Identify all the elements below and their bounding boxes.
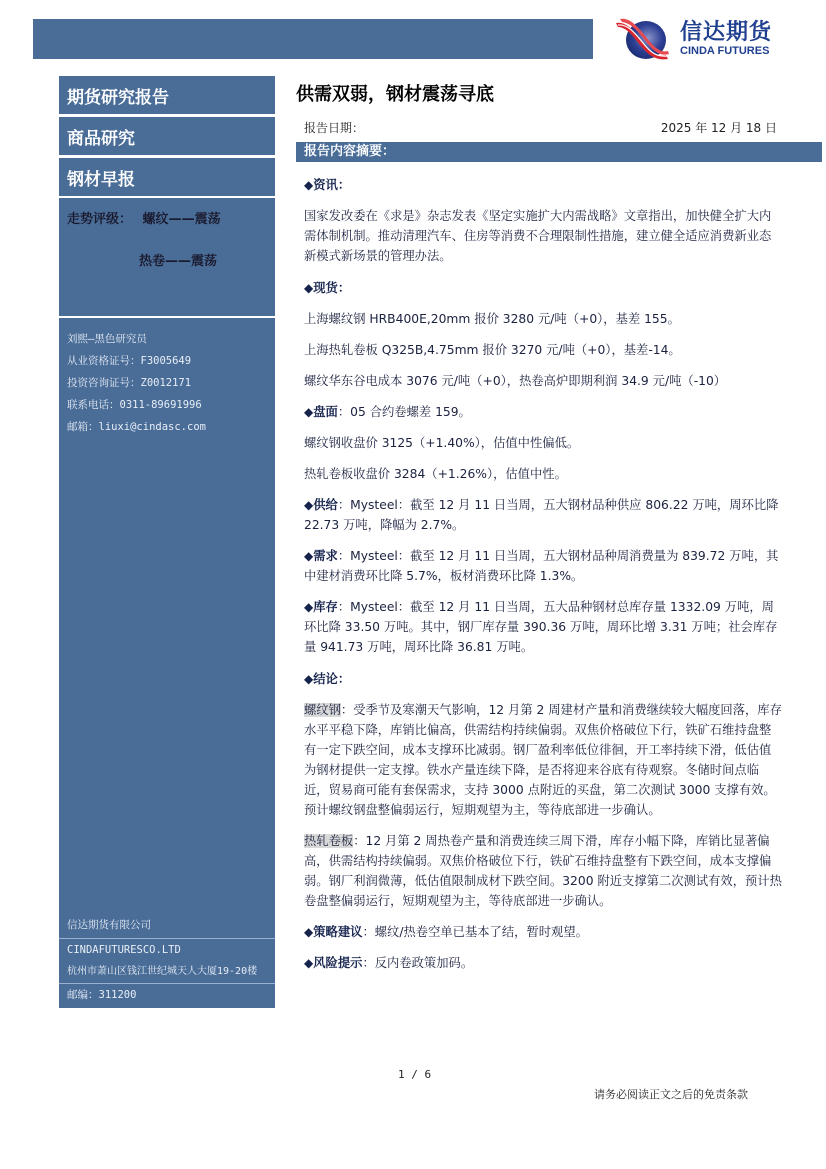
date-label: 报告日期： [304, 114, 364, 142]
company-name-en: CINDAFUTURESCO.LTD [59, 939, 275, 961]
diamond-bullet-icon: ◆ [304, 498, 313, 512]
hrc-conclusion-text: ：12 月第 2 周热卷产量和消费连续三周下滑，库存小幅下降，库销比显著偏高，供… [304, 834, 782, 908]
report-name: 钢材早报 [67, 165, 135, 190]
diamond-bullet-icon: ◆ [304, 549, 313, 563]
logo-mark-icon [612, 17, 670, 61]
sidebar: 期货研究报告 商品研究 钢材早报 走势评级： 螺纹——震荡 热卷——震荡 刘熙—… [59, 76, 275, 1008]
company-address: 杭州市萧山区钱江世纪城天人大厦19-20楼 [59, 961, 275, 983]
section-news-heading: ◆资讯： [304, 175, 782, 195]
diamond-bullet-icon: ◆ [304, 600, 313, 614]
report-date-row: 报告日期： 2025 年 12 月 18 日 [296, 114, 822, 142]
risk-text: ：反内卷政策加码。 [362, 956, 473, 970]
heading-text: 盘面 [313, 405, 338, 419]
rating-view-hrc: 震荡 [191, 254, 217, 269]
analyst-name: 刘熙—黑色研究员 [67, 328, 267, 350]
logo-en-text: CINDA FUTURES [680, 45, 772, 58]
section-spot-heading: ◆现货： [304, 278, 782, 298]
logo-cn-text: 信达期货 [680, 21, 772, 45]
futures-line-hrc: 热轧卷板收盘价 3284（+1.26%），估值中性。 [304, 464, 782, 484]
diamond-bullet-icon: ◆ [304, 956, 313, 970]
page-title: 供需双弱，钢材震荡寻底 [296, 76, 822, 114]
rating-dash: —— [169, 212, 195, 227]
report-name-box: 钢材早报 [59, 158, 275, 196]
diamond-bullet-icon: ◆ [304, 281, 313, 295]
section-futures: ◆盘面：05 合约卷螺差 159。 [304, 402, 782, 422]
heading-text: 资讯： [313, 178, 350, 192]
section-supply: ◆供给：Mysteel：截至 12 月 11 日当周，五大钢材品种供应 806.… [304, 495, 782, 535]
conclusion-hrc: 热轧卷板：12 月第 2 周热卷产量和消费连续三周下滑，库存小幅下降，库销比显著… [304, 831, 782, 911]
summary-body: ◆资讯： 国家发改委在《求是》杂志发表《坚定实施扩大内需战略》文章指出，加快健全… [296, 175, 822, 973]
diamond-bullet-icon: ◆ [304, 178, 313, 192]
heading-text: 供给 [313, 498, 338, 512]
rebar-highlight-label: 螺纹钢 [304, 703, 341, 717]
demand-text: ：Mysteel：截至 12 月 11 日当周，五大钢材品种周消费量为 839.… [304, 549, 778, 583]
spot-line-cost: 螺纹华东谷电成本 3076 元/吨（+0），热卷高炉即期利润 34.9 元/吨（… [304, 371, 782, 391]
disclaimer-note: 请务必阅读正文之后的免责条款 [594, 1086, 748, 1102]
qualification-number: 从业资格证号：F3005649 [67, 350, 267, 372]
report-type: 期货研究报告 [67, 83, 169, 108]
diamond-bullet-icon: ◆ [304, 672, 313, 686]
spot-line-rebar: 上海螺纹钢 HRB400E,20mm 报价 3280 元/吨（+0），基差 15… [304, 309, 782, 329]
futures-line-rebar: 螺纹钢收盘价 3125（+1.40%），估值中性偏低。 [304, 433, 782, 453]
heading-text: 需求 [313, 549, 338, 563]
rebar-conclusion-text: ：受季节及寒潮天气影响，12 月第 2 周建材产量和消费继续较大幅度回落，库存水… [304, 703, 782, 817]
page-number: 1 / 6 [398, 1068, 431, 1081]
main-content: 供需双弱，钢材震荡寻底 报告日期： 2025 年 12 月 18 日 报告内容摘… [296, 76, 822, 973]
heading-text: 结论： [313, 672, 350, 686]
contact-phone: 联系电话：0311-89691996 [67, 394, 267, 416]
hrc-highlight-label: 热轧卷板 [304, 834, 353, 848]
supply-text: ：Mysteel：截至 12 月 11 日当周，五大钢材品种供应 806.22 … [304, 498, 778, 532]
trend-rating-box: 走势评级： 螺纹——震荡 热卷——震荡 [59, 198, 275, 316]
company-name-cn: 信达期货有限公司 [59, 912, 275, 938]
cinda-futures-logo: 信达期货 CINDA FUTURES [612, 14, 802, 64]
rating-view-rebar: 震荡 [195, 212, 221, 227]
section-risk: ◆风险提示：反内卷政策加码。 [304, 953, 782, 973]
inventory-text: ：Mysteel：截至 12 月 11 日当周，五大品种钢材总库存量 1332.… [304, 600, 777, 654]
report-type-box: 期货研究报告 [59, 76, 275, 114]
date-value: 2025 年 12 月 18 日 [661, 114, 777, 142]
contact-email[interactable]: 邮箱：liuxi@cindasc.com [67, 416, 267, 438]
summary-label: 报告内容摘要： [304, 144, 395, 159]
heading-text: 库存 [313, 600, 338, 614]
diamond-bullet-icon: ◆ [304, 405, 313, 419]
heading-text: 策略建议 [313, 925, 362, 939]
category: 商品研究 [67, 124, 135, 149]
heading-text: 风险提示 [313, 956, 362, 970]
strategy-text: ：螺纹/热卷空单已基本了结，暂时观望。 [362, 925, 588, 939]
consulting-number: 投资咨询证号：Z0012171 [67, 372, 267, 394]
section-conclusion-heading: ◆结论： [304, 669, 782, 689]
section-strategy: ◆策略建议：螺纹/热卷空单已基本了结，暂时观望。 [304, 922, 782, 942]
company-info: 信达期货有限公司 CINDAFUTURESCO.LTD 杭州市萧山区钱江世纪城天… [59, 912, 275, 1008]
news-text: 国家发改委在《求是》杂志发表《坚定实施扩大内需战略》文章指出，加快健全扩大内需体… [304, 206, 782, 266]
section-inventory: ◆库存：Mysteel：截至 12 月 11 日当周，五大品种钢材总库存量 13… [304, 597, 782, 657]
header-banner [33, 19, 593, 59]
company-postcode: 邮编：311200 [59, 984, 275, 1008]
rating-dash: —— [165, 254, 191, 269]
conclusion-rebar: 螺纹钢：受季节及寒潮天气影响，12 月第 2 周建材产量和消费继续较大幅度回落，… [304, 700, 782, 820]
category-box: 商品研究 [59, 117, 275, 155]
summary-header: 报告内容摘要： [296, 142, 822, 162]
spot-line-hrc: 上海热轧卷板 Q325B,4.75mm 报价 3270 元/吨（+0），基差-1… [304, 340, 782, 360]
analyst-info-box: 刘熙—黑色研究员 从业资格证号：F3005649 投资咨询证号：Z0012171… [59, 318, 275, 1008]
futures-spread-text: ：05 合约卷螺差 159。 [338, 405, 471, 419]
section-demand: ◆需求：Mysteel：截至 12 月 11 日当周，五大钢材品种周消费量为 8… [304, 546, 782, 586]
rating-product-rebar: 螺纹 [143, 212, 169, 227]
diamond-bullet-icon: ◆ [304, 925, 313, 939]
heading-text: 现货： [313, 281, 350, 295]
rating-product-hrc: 热卷 [139, 254, 165, 269]
rating-label: 走势评级： [67, 212, 132, 227]
